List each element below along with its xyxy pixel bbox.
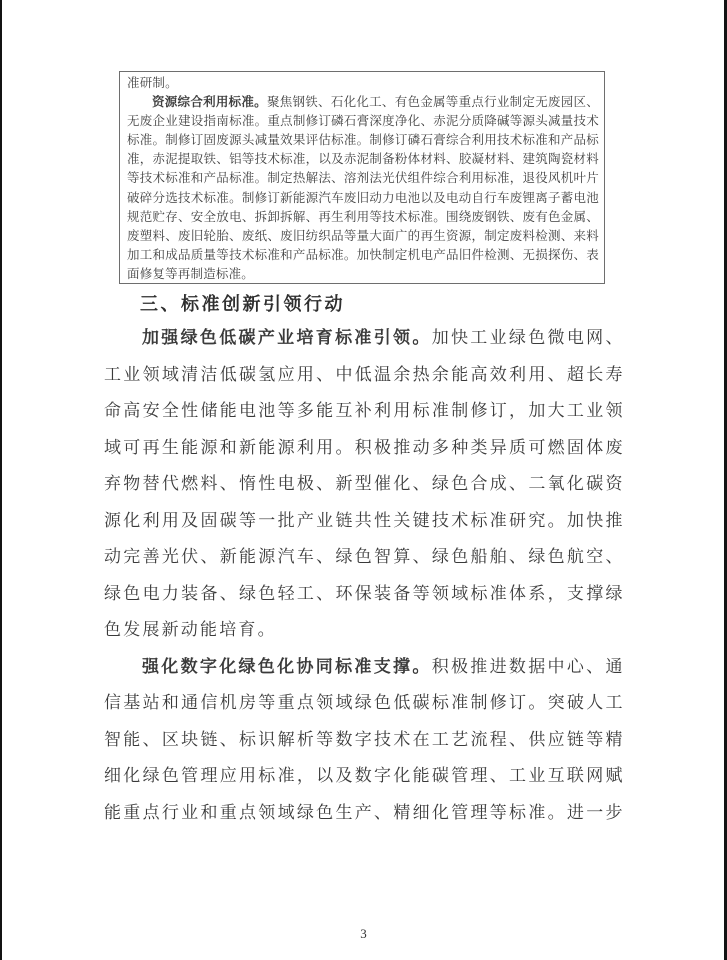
paragraph: 强化数字化绿色化协同标准支撑。积极推进数据中心、通 信基站和通信机房等重点领域绿…: [104, 649, 624, 832]
scan-edge-left-line: [0, 0, 2, 960]
body-text-line: 域可再生能源和新能源利用。积极推动多种类异质可燃固体废: [104, 430, 624, 467]
body-text-line: 信基站和通信机房等重点领域绿色低碳标准制修订。突破人工: [104, 685, 624, 722]
body-text-line: 工业领域清洁低碳氢应用、中低温余热余能高效利用、超长寿: [104, 357, 624, 394]
excerpt-box: 准研制。 资源综合利用标准。聚焦钢铁、石化化工、有色金属等重点行业制定无废园区、…: [119, 71, 605, 284]
body-text-line: 源化利用及固碳等一批产业链共性关键技术标准研究。加快推: [104, 503, 624, 540]
body-text-line: 命高安全性储能电池等多能互补利用标准制修订，加大工业领: [104, 393, 624, 430]
box-text-line: 加工和成品质量等技术标准和产品标准。加快制定机电产品旧件检测、无损探伤、表: [127, 246, 599, 265]
box-text-line: 破碎分选技术标准。制修订新能源汽车废旧动力电池以及电动自行车废锂离子蓄电池: [127, 189, 599, 208]
body-text-line: 智能、区块链、标识解析等数字技术在工艺流程、供应链等精: [104, 722, 624, 759]
body-text-line: 能重点行业和重点领域绿色生产、精细化管理等标准。进一步: [104, 795, 624, 832]
page-number: 3: [0, 926, 727, 942]
body-text-line: 色发展新动能培育。: [104, 612, 624, 649]
body-text-line: 细化绿色管理应用标准，以及数字化能碳管理、工业互联网赋: [104, 758, 624, 795]
body-text-line: 动完善光伏、新能源汽车、绿色智算、绿色船舶、绿色航空、: [104, 539, 624, 576]
box-text-line: 准研制。: [127, 74, 599, 93]
box-text-line: 资源综合利用标准。聚焦钢铁、石化化工、有色金属等重点行业制定无废园区、: [127, 93, 599, 112]
section-heading: 三、标准创新引领行动: [104, 290, 624, 316]
body-text-line: 强化数字化绿色化协同标准支撑。积极推进数据中心、通: [104, 649, 624, 686]
box-text-line: 标准。制修订固废源头减量效果评估标准。制修订磷石膏综合利用技术标准和产品标: [127, 131, 599, 150]
box-text-line: 等技术标准和产品标准。制定热解法、溶剂法光伏组件综合利用标准，退役风机叶片: [127, 169, 599, 188]
box-text-line: 面修复等再制造标准。: [127, 265, 599, 284]
body-text: 加强绿色低碳产业培育标准引领。加快工业绿色微电网、 工业领域清洁低碳氢应用、中低…: [104, 320, 624, 831]
box-text-line: 规范贮存、安全放电、拆卸拆解、再生利用等技术标准。围绕废钢铁、废有色金属、: [127, 208, 599, 227]
box-text-line: 废塑料、废旧轮胎、废纸、废旧纺织品等量大面广的再生资源，制定废料检测、来料: [127, 227, 599, 246]
box-text-line: 准，赤泥提取铁、铝等技术标准，以及赤泥制备粉体材料、胶凝材料、建筑陶瓷材料: [127, 150, 599, 169]
body-text-line: 加强绿色低碳产业培育标准引领。加快工业绿色微电网、: [104, 320, 624, 357]
body-text-line: 弃物替代燃料、惰性电极、新型催化、绿色合成、二氧化碳资: [104, 466, 624, 503]
document-page: 准研制。 资源综合利用标准。聚焦钢铁、石化化工、有色金属等重点行业制定无废园区、…: [0, 0, 727, 960]
box-text-line: 无废企业建设指南标准。重点制修订磷石膏深度净化、赤泥分质降碱等源头减量技术: [127, 112, 599, 131]
paragraph: 加强绿色低碳产业培育标准引领。加快工业绿色微电网、 工业领域清洁低碳氢应用、中低…: [104, 320, 624, 649]
body-text-line: 绿色电力装备、绿色轻工、环保装备等领域标准体系，支撑绿: [104, 576, 624, 613]
